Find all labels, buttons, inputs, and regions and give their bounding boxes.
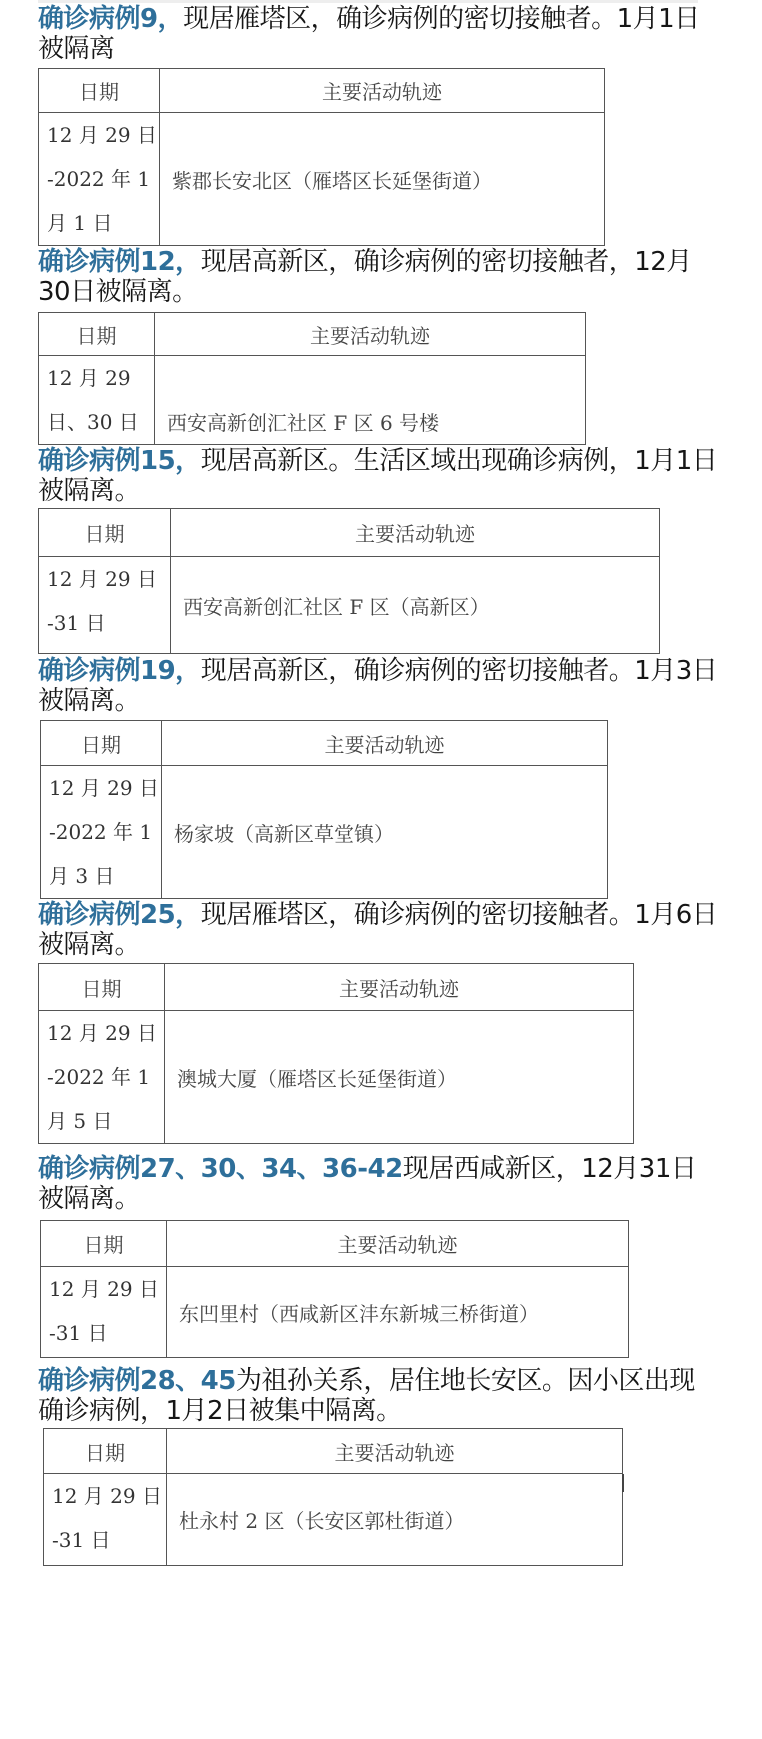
case-title: 确诊病例9，现居雁塔区，确诊病例的密切接触者。1月1日被隔离 [38, 4, 718, 64]
place-cell: 西安高新创汇社区 F 区（高新区） [171, 557, 660, 654]
case-number-highlight: 确诊病例12， [38, 247, 201, 277]
header-track: 主要活动轨迹 [165, 964, 634, 1011]
header-track: 主要活动轨迹 [160, 69, 605, 113]
header-track: 主要活动轨迹 [162, 721, 608, 766]
date-cell: 12 月 29 日-2022 年 1月 3 日 [41, 766, 162, 899]
header-date: 日期 [39, 313, 155, 356]
header-track: 主要活动轨迹 [167, 1221, 629, 1267]
date-cell: 12 月 29 日-31 日 [39, 557, 171, 654]
place-cell: 杜永村 2 区（长安区郭杜街道） [167, 1474, 623, 1566]
top-divider [38, 0, 698, 3]
case-number-highlight: 确诊病例9， [38, 4, 183, 34]
date-cell: 12 月 29 日-2022 年 1月 5 日 [39, 1011, 165, 1144]
activity-table: 日期主要活动轨迹 12 月 29 日-31 日东凹里村（西咸新区沣东新城三桥街道… [40, 1220, 629, 1358]
activity-table: 日期主要活动轨迹 12 月 29日、30 日西安高新创汇社区 F 区 6 号楼 [38, 312, 586, 445]
activity-table: 日期主要活动轨迹 12 月 29 日-2022 年 1月 3 日杨家坡（高新区草… [40, 720, 608, 899]
activity-table: 日期主要活动轨迹 12 月 29 日-2022 年 1月 1 日紫郡长安北区（雁… [38, 68, 605, 246]
case-number-highlight: 确诊病例19， [38, 656, 201, 686]
header-date: 日期 [41, 721, 162, 766]
place-cell: 紫郡长安北区（雁塔区长延堡街道） [160, 113, 605, 246]
place-cell: 东凹里村（西咸新区沣东新城三桥街道） [167, 1267, 629, 1358]
activity-table: 日期主要活动轨迹 12 月 29 日-31 日西安高新创汇社区 F 区（高新区） [38, 508, 660, 654]
case-number-highlight: 确诊病例25， [38, 900, 201, 930]
header-date: 日期 [39, 69, 160, 113]
date-cell: 12 月 29日、30 日 [39, 356, 155, 445]
date-cell: 12 月 29 日-2022 年 1月 1 日 [39, 113, 160, 246]
activity-table: 日期主要活动轨迹 12 月 29 日-31 日杜永村 2 区（长安区郭杜街道） [43, 1428, 623, 1566]
place-cell: 杨家坡（高新区草堂镇） [162, 766, 608, 899]
case-number-highlight: 确诊病例15， [38, 446, 201, 476]
case-title: 确诊病例25，现居雁塔区，确诊病例的密切接触者。1月6日被隔离。 [38, 900, 718, 960]
header-date: 日期 [44, 1429, 167, 1474]
date-cell: 12 月 29 日-31 日 [41, 1267, 167, 1358]
case-number-highlight: 确诊病例27、30、34、36-42 [38, 1154, 403, 1184]
header-date: 日期 [39, 509, 171, 557]
header-track: 主要活动轨迹 [167, 1429, 623, 1474]
place-cell: 澳城大厦（雁塔区长延堡街道） [165, 1011, 634, 1144]
case-title: 确诊病例27、30、34、36-42现居西咸新区，12月31日被隔离。 [38, 1154, 718, 1214]
header-date: 日期 [41, 1221, 167, 1267]
case-title: 确诊病例12，现居高新区，确诊病例的密切接触者，12月30日被隔离。 [38, 247, 718, 307]
header-track: 主要活动轨迹 [171, 509, 660, 557]
header-date: 日期 [39, 964, 165, 1011]
case-number-highlight: 确诊病例28、45 [38, 1366, 236, 1396]
case-title: 确诊病例15，现居高新区。生活区域出现确诊病例，1月1日被隔离。 [38, 446, 718, 506]
activity-table: 日期主要活动轨迹 12 月 29 日-2022 年 1月 5 日澳城大厦（雁塔区… [38, 963, 634, 1144]
place-cell: 西安高新创汇社区 F 区 6 号楼 [155, 356, 586, 445]
header-track: 主要活动轨迹 [155, 313, 586, 356]
date-cell: 12 月 29 日-31 日 [44, 1474, 167, 1566]
case-title: 确诊病例19，现居高新区，确诊病例的密切接触者。1月3日被隔离。 [38, 656, 718, 716]
text-cursor-mark [622, 1474, 624, 1492]
case-title: 确诊病例28、45为祖孙关系，居住地长安区。因小区出现确诊病例，1月2日被集中隔… [38, 1366, 718, 1426]
